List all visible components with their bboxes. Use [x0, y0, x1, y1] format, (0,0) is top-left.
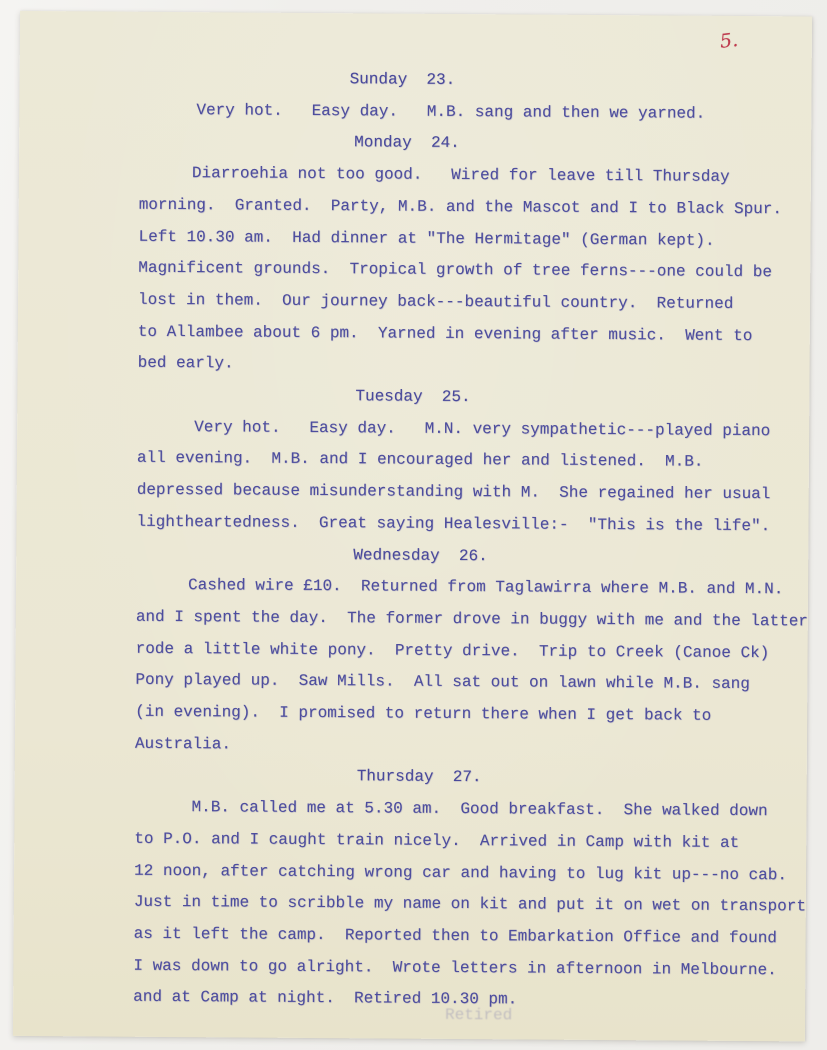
diary-text-line: bed early. [138, 353, 234, 374]
diary-text-line: Just in time to scribble my name on kit … [134, 892, 806, 917]
diary-date-heading: Monday 24. [354, 133, 460, 154]
diary-date-heading: Tuesday 25. [355, 386, 470, 407]
ghost-impression-text: Retired [445, 1006, 512, 1024]
diary-text-line: Very hot. Easy day. M.N. very sympatheti… [194, 417, 770, 441]
diary-text-line: Pony played up. Saw Mills. All sat out o… [135, 670, 750, 694]
diary-text-line: Very hot. Easy day. M.B. sang and then w… [196, 100, 705, 124]
diary-text-line: Diarroehia not too good. Wired for leave… [192, 163, 730, 187]
diary-text-line: M.B. called me at 5.30 am. Good breakfas… [191, 797, 767, 821]
diary-text-line: rode a little white pony. Pretty drive. … [136, 638, 770, 662]
diary-date-heading: Thursday 27. [357, 767, 482, 788]
diary-date-heading: Wednesday 26. [353, 545, 488, 566]
diary-text-line: to Allambee about 6 pm. Yarned in evenin… [138, 321, 753, 345]
diary-text-line: and I spent the day. The former drove in… [136, 607, 808, 632]
diary-text-line: Left 10.30 am. Had dinner at "The Hermit… [138, 226, 714, 250]
diary-text-line: all evening. M.B. and I encouraged her a… [137, 448, 704, 472]
diary-text-line: I was down to go alright. Wrote letters … [133, 955, 776, 979]
diary-text-line: as it left the camp. Reported then to Em… [134, 924, 777, 948]
diary-text-line: 12 noon, after catching wrong car and ha… [134, 860, 787, 885]
diary-date-heading: Sunday 23. [350, 69, 456, 90]
diary-text-block: Sunday 23.Very hot. Easy day. M.B. sang … [20, 11, 812, 17]
diary-text-line: lightheartedness. Great saying Healesvil… [136, 512, 770, 536]
diary-text-line: morning. Granted. Party, M.B. and the Ma… [139, 195, 782, 219]
diary-page: 5. Sunday 23.Very hot. Easy day. M.B. sa… [13, 11, 812, 1042]
diary-text-line: Australia. [135, 733, 231, 754]
diary-text-line: Magnificent grounds. Tropical growth of … [138, 258, 772, 282]
diary-text-line: lost in them. Our journey back---beautif… [138, 290, 733, 314]
diary-text-line: depressed because misunderstanding with … [137, 480, 771, 504]
diary-text-line: Cashed wire £10. Returned from Taglawirr… [188, 575, 783, 599]
page-number-annotation: 5. [719, 29, 740, 53]
diary-text-line: to P.O. and I caught train nicely. Arriv… [134, 829, 739, 853]
diary-text-line: (in evening). I promised to return there… [135, 702, 711, 726]
